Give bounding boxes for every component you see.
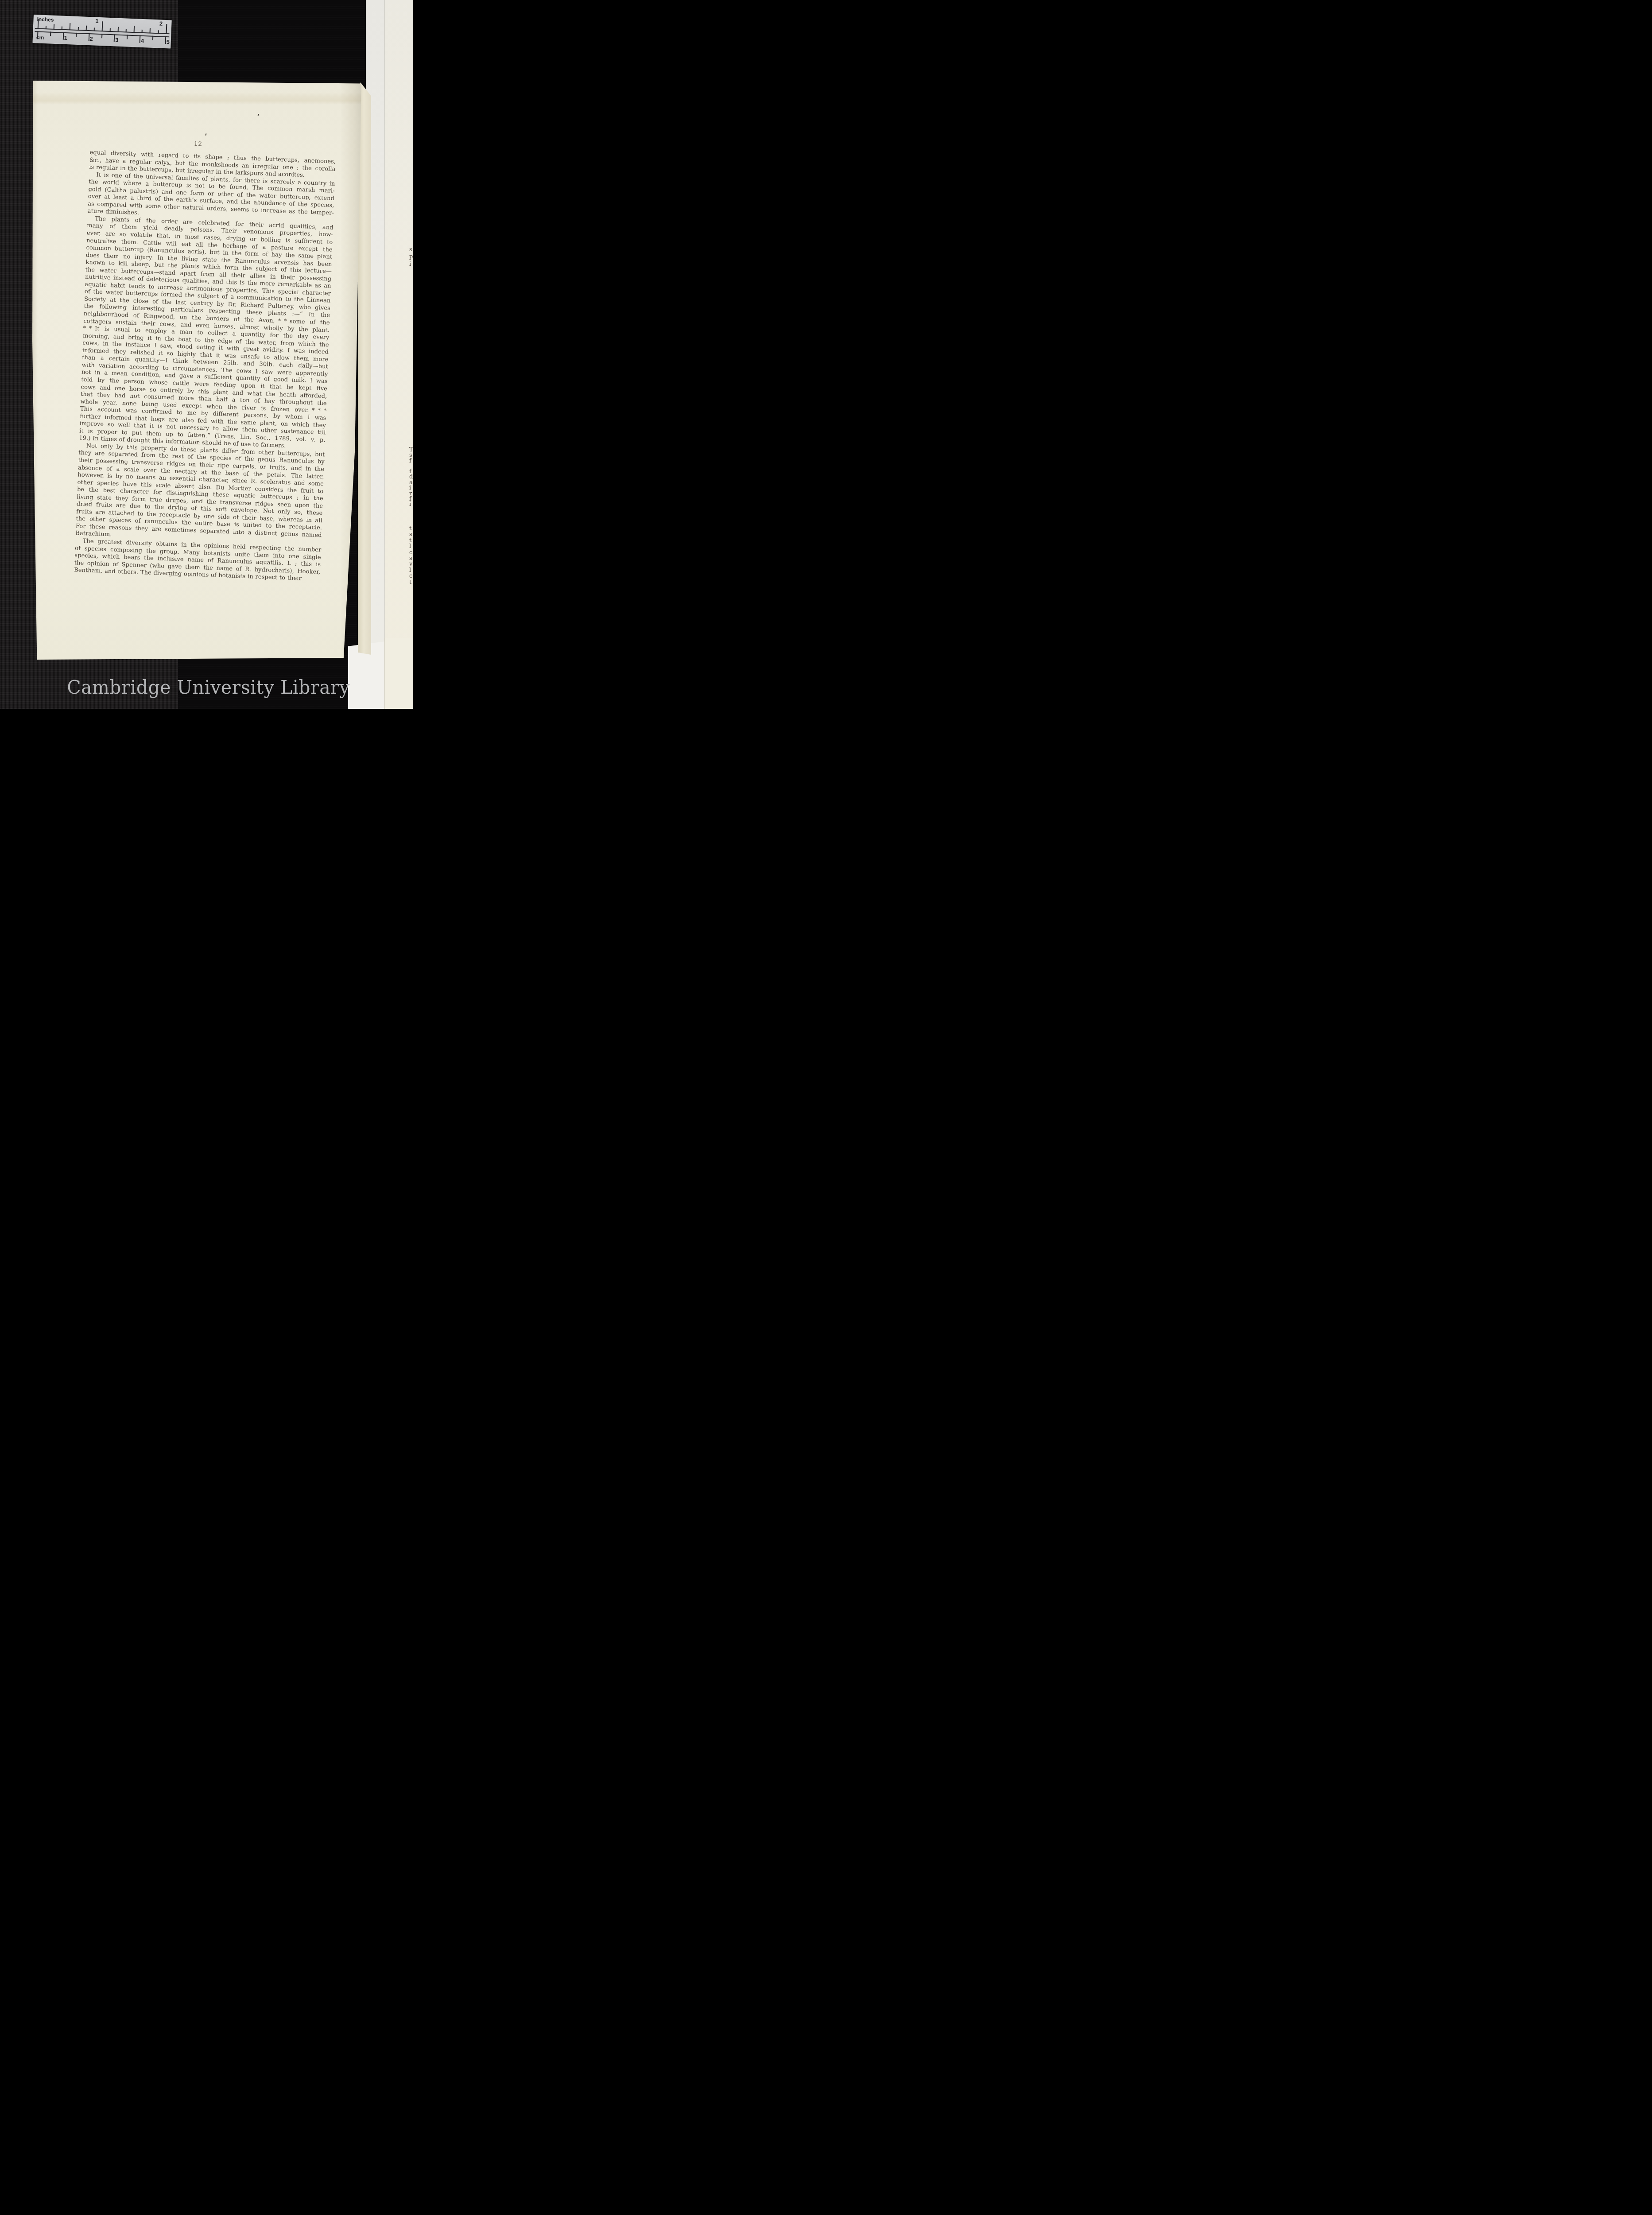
fragment-letter: c [409, 549, 413, 555]
paragraph: The plants of the order are celebrated f… [79, 215, 334, 451]
fragment-letter: l [409, 543, 413, 549]
ruler-number: 1 [64, 35, 67, 41]
ruler-inch-tick [110, 28, 111, 31]
ruler-inch-tick [101, 21, 103, 31]
fragment-letter: s [409, 555, 413, 561]
ruler-inch-tick [126, 29, 127, 32]
fragment-letter: v [409, 561, 413, 567]
fragment-letter: f [409, 468, 413, 474]
measurement-ruler: Inches cm 1212345 [32, 15, 171, 48]
ruler-number: 5 [166, 39, 170, 45]
ruler-inch-tick [142, 30, 143, 33]
photo-canvas: spiTsffdairfitstlcsvlct 12 equal diversi… [0, 0, 413, 709]
paragraph: Not only by this property do these plant… [75, 442, 325, 547]
fragment-letter: T [409, 447, 413, 452]
ruler-inch-tick [93, 27, 94, 31]
ruler-inch-tick [46, 26, 47, 29]
ruler-number: 2 [159, 20, 163, 27]
fragment-column: tstlcsvlct [409, 525, 413, 585]
ruler-number: 4 [141, 38, 144, 44]
ruler-inch-tick [54, 24, 54, 29]
fragment-letter: f [409, 458, 413, 463]
ruler-inch-tick [134, 26, 135, 32]
ruler-cm-tick [76, 33, 77, 37]
fragment-letter: i [409, 261, 413, 268]
ruler-inch-tick [38, 19, 39, 28]
fragment-column: fdairfi [409, 468, 413, 507]
fragment-column: Tsf [409, 447, 413, 463]
fragment-letter: t [409, 537, 413, 543]
ruler-inch-tick [158, 30, 159, 33]
adjacent-page-crease [384, 0, 385, 672]
ruler-cm-tick [101, 34, 102, 38]
fragment-column: spi [409, 246, 413, 268]
fragment-letter: t [409, 525, 413, 531]
fragment-letter: f [409, 496, 413, 501]
fragment-letter: l [409, 567, 413, 573]
ruler-number: 3 [115, 36, 119, 43]
fragment-letter: c [409, 573, 413, 579]
fragment-letter: s [409, 531, 413, 537]
ruler-cm-tick [127, 35, 128, 39]
page-text: equal diversity with regard to its shape… [74, 149, 336, 583]
fragment-letter: p [409, 253, 413, 260]
fragment-letter: s [409, 246, 413, 253]
page-discoloration [32, 92, 361, 105]
printed-text-area: 12 equal diversity with regard to its sh… [74, 136, 337, 583]
ruler-cm-tick [50, 32, 51, 36]
fragment-letter: t [409, 579, 413, 585]
fragment-letter: d [409, 474, 413, 479]
book-page: 12 equal diversity with regard to its sh… [32, 81, 361, 660]
fragment-letter: a [409, 479, 413, 485]
ruler-inch-tick [62, 27, 62, 30]
ruler-number: 1 [95, 18, 99, 24]
ruler-inch-tick [85, 26, 86, 31]
library-watermark: Cambridge University Library [2, 676, 413, 698]
ruler-inch-tick [166, 24, 167, 34]
ruler-cm-tick [152, 36, 153, 40]
ruler-inch-tick [70, 23, 71, 30]
fragment-letter: r [409, 490, 413, 496]
ruler-inch-tick [78, 27, 78, 30]
ruler-inches-label: Inches [37, 16, 54, 23]
ruler-number: 2 [89, 35, 93, 42]
